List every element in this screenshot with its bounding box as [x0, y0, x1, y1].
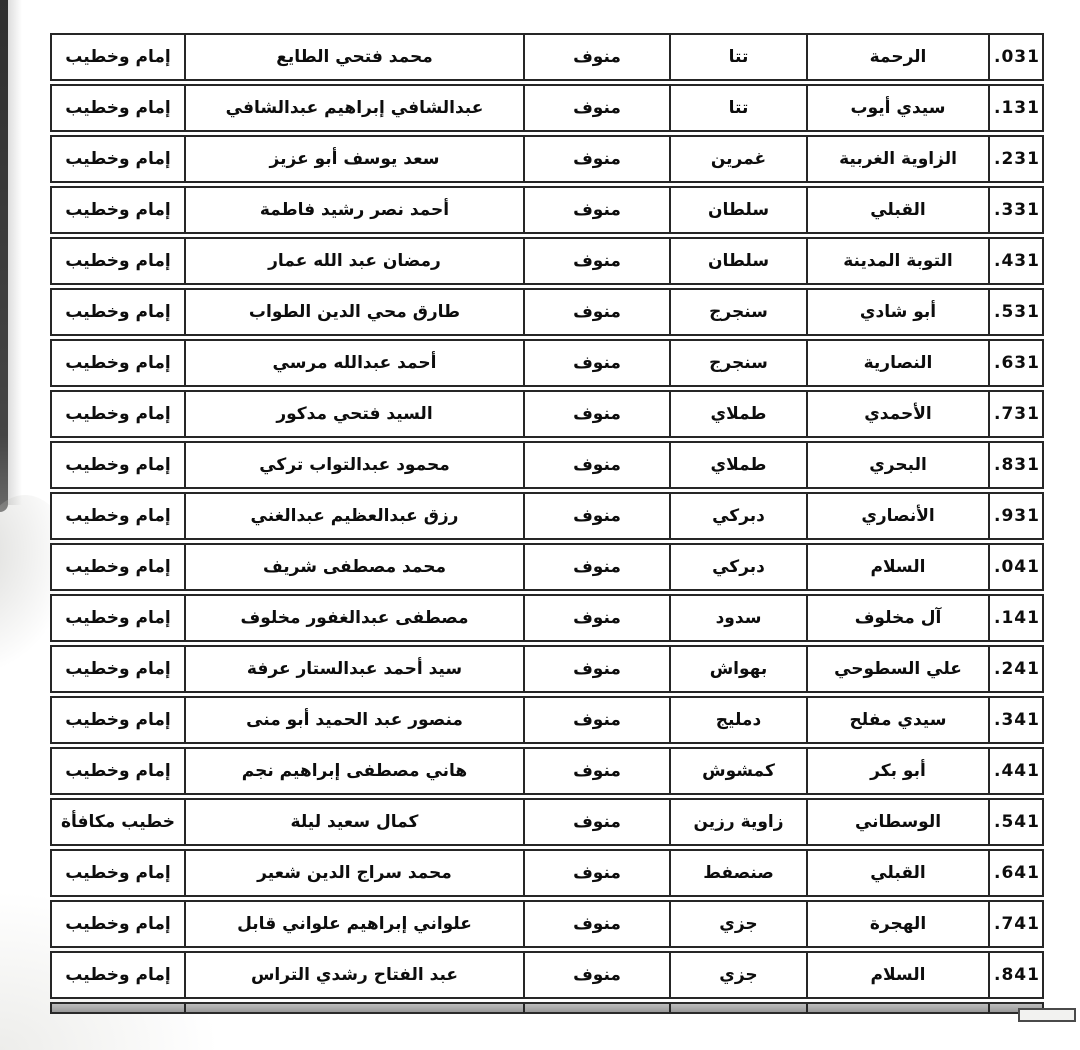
job-title-cell: إمام وخطيب	[50, 390, 184, 438]
row-number-cell: .231	[988, 135, 1044, 183]
job-title-cell: إمام وخطيب	[50, 237, 184, 285]
job-title-cell: إمام وخطيب	[50, 900, 184, 948]
job-title-cell: إمام وخطيب	[50, 186, 184, 234]
imam-name-cell: محمد فتحي الطايع	[184, 33, 523, 81]
job-title-cell: إمام وخطيب	[50, 288, 184, 336]
imam-name-cell: السيد فتحي مدكور	[184, 390, 523, 438]
imam-name-cell: محمد سراج الدين شعير	[184, 849, 523, 897]
imam-name-cell: طارق محي الدين الطواب	[184, 288, 523, 336]
village-cell: زاوية رزين	[669, 798, 806, 846]
city-cell: منوف	[523, 900, 669, 948]
village-cell: جزي	[669, 900, 806, 948]
village-cell: سلطان	[669, 237, 806, 285]
mosque-name-cell: الأنصاري	[806, 492, 988, 540]
village-cell: دبركي	[669, 492, 806, 540]
mosque-name-cell: علي السطوحي	[806, 645, 988, 693]
row-number-cell: .641	[988, 849, 1044, 897]
row-number-cell: .631	[988, 339, 1044, 387]
row-number-cell: .531	[988, 288, 1044, 336]
village-cell: دبركي	[669, 543, 806, 591]
partial-cell	[50, 1002, 184, 1014]
city-cell: منوف	[523, 186, 669, 234]
village-cell: تتا	[669, 84, 806, 132]
mosque-name-cell: أبو بكر	[806, 747, 988, 795]
city-cell: منوف	[523, 441, 669, 489]
village-cell: جزي	[669, 951, 806, 999]
mosque-name-cell: الوسطاني	[806, 798, 988, 846]
table-row: .331 القبلي سلطان منوف أحمد نصر رشيد فاط…	[50, 186, 1044, 234]
partial-row-sliver	[50, 1002, 1044, 1014]
mosque-name-cell: التوبة المدينة	[806, 237, 988, 285]
row-number-cell: .831	[988, 441, 1044, 489]
row-number-cell: .441	[988, 747, 1044, 795]
table-row: .541 الوسطاني زاوية رزين منوف كمال سعيد …	[50, 798, 1044, 846]
city-cell: منوف	[523, 237, 669, 285]
city-cell: منوف	[523, 339, 669, 387]
mosque-name-cell: القبلي	[806, 186, 988, 234]
city-cell: منوف	[523, 798, 669, 846]
imam-name-cell: سعد يوسف أبو عزيز	[184, 135, 523, 183]
job-title-cell: خطيب مكافأة	[50, 798, 184, 846]
table-row: .131 سيدي أيوب تتا منوف عبدالشافي إبراهي…	[50, 84, 1044, 132]
partial-cell	[669, 1002, 806, 1014]
village-cell: سدود	[669, 594, 806, 642]
row-number-cell: .741	[988, 900, 1044, 948]
job-title-cell: إمام وخطيب	[50, 543, 184, 591]
city-cell: منوف	[523, 594, 669, 642]
table-row: .141 آل مخلوف سدود منوف مصطفى عبدالغفور …	[50, 594, 1044, 642]
imam-name-cell: مصطفى عبدالغفور مخلوف	[184, 594, 523, 642]
imam-name-cell: سيد أحمد عبدالستار عرفة	[184, 645, 523, 693]
city-cell: منوف	[523, 390, 669, 438]
city-cell: منوف	[523, 747, 669, 795]
partial-row	[50, 1002, 1044, 1014]
row-number-cell: .141	[988, 594, 1044, 642]
job-title-cell: إمام وخطيب	[50, 849, 184, 897]
table-row: .631 النصارية سنجرج منوف أحمد عبدالله مر…	[50, 339, 1044, 387]
job-title-cell: إمام وخطيب	[50, 594, 184, 642]
table-row: .241 علي السطوحي بهواش منوف سيد أحمد عبد…	[50, 645, 1044, 693]
imam-name-cell: محمد مصطفى شريف	[184, 543, 523, 591]
imam-name-cell: أحمد نصر رشيد فاطمة	[184, 186, 523, 234]
imam-name-cell: عبدالشافي إبراهيم عبدالشافي	[184, 84, 523, 132]
city-cell: منوف	[523, 135, 669, 183]
mosque-name-cell: السلام	[806, 543, 988, 591]
city-cell: منوف	[523, 492, 669, 540]
partial-cell	[806, 1002, 988, 1014]
job-title-cell: إمام وخطيب	[50, 492, 184, 540]
scan-edge-shadow	[8, 0, 22, 505]
mosque-name-cell: سيدي مفلح	[806, 696, 988, 744]
village-cell: طملاي	[669, 390, 806, 438]
row-number-cell: .931	[988, 492, 1044, 540]
imam-name-cell: عبد الفتاح رشدي التراس	[184, 951, 523, 999]
city-cell: منوف	[523, 84, 669, 132]
table-row: .441 أبو بكر كمشوش منوف هاني مصطفى إبراه…	[50, 747, 1044, 795]
imam-name-cell: كمال سعيد ليلة	[184, 798, 523, 846]
table-row: .341 سيدي مفلح دمليج منوف منصور عبد الحم…	[50, 696, 1044, 744]
table-row: .831 البحري طملاي منوف محمود عبدالتواب ت…	[50, 441, 1044, 489]
job-title-cell: إمام وخطيب	[50, 747, 184, 795]
imam-name-cell: رزق عبدالعظيم عبدالغني	[184, 492, 523, 540]
job-title-cell: إمام وخطيب	[50, 441, 184, 489]
mosque-name-cell: السلام	[806, 951, 988, 999]
row-number-cell: .331	[988, 186, 1044, 234]
partial-row-right-tab	[1018, 1008, 1076, 1022]
imam-name-cell: منصور عبد الحميد أبو منى	[184, 696, 523, 744]
partial-cell	[184, 1002, 523, 1014]
table-row: .231 الزاوية الغربية غمرين منوف سعد يوسف…	[50, 135, 1044, 183]
village-cell: سنجرج	[669, 339, 806, 387]
job-title-cell: إمام وخطيب	[50, 645, 184, 693]
city-cell: منوف	[523, 543, 669, 591]
job-title-cell: إمام وخطيب	[50, 84, 184, 132]
row-number-cell: .131	[988, 84, 1044, 132]
village-cell: سلطان	[669, 186, 806, 234]
city-cell: منوف	[523, 645, 669, 693]
city-cell: منوف	[523, 951, 669, 999]
village-cell: صنصفط	[669, 849, 806, 897]
city-cell: منوف	[523, 849, 669, 897]
row-number-cell: .841	[988, 951, 1044, 999]
village-cell: غمرين	[669, 135, 806, 183]
mosque-name-cell: الزاوية الغربية	[806, 135, 988, 183]
table-row: .031 الرحمة تتا منوف محمد فتحي الطايع إم…	[50, 33, 1044, 81]
register-table: .031 الرحمة تتا منوف محمد فتحي الطايع إم…	[50, 30, 1044, 1017]
job-title-cell: إمام وخطيب	[50, 33, 184, 81]
city-cell: منوف	[523, 696, 669, 744]
row-number-cell: .031	[988, 33, 1044, 81]
table-row: .531 أبو شادي سنجرج منوف طارق محي الدين …	[50, 288, 1044, 336]
job-title-cell: إمام وخطيب	[50, 135, 184, 183]
village-cell: سنجرج	[669, 288, 806, 336]
mosque-name-cell: الأحمدي	[806, 390, 988, 438]
imam-name-cell: أحمد عبدالله مرسي	[184, 339, 523, 387]
partial-cell	[523, 1002, 669, 1014]
register-table-wrap: .031 الرحمة تتا منوف محمد فتحي الطايع إم…	[50, 30, 1044, 1017]
village-cell: تتا	[669, 33, 806, 81]
mosque-name-cell: القبلي	[806, 849, 988, 897]
imam-name-cell: هاني مصطفى إبراهيم نجم	[184, 747, 523, 795]
table-row: .041 السلام دبركي منوف محمد مصطفى شريف إ…	[50, 543, 1044, 591]
table-row: .431 التوبة المدينة سلطان منوف رمضان عبد…	[50, 237, 1044, 285]
row-number-cell: .541	[988, 798, 1044, 846]
row-number-cell: .241	[988, 645, 1044, 693]
city-cell: منوف	[523, 288, 669, 336]
village-cell: دمليج	[669, 696, 806, 744]
mosque-name-cell: الرحمة	[806, 33, 988, 81]
imam-name-cell: علواني إبراهيم علواني قابل	[184, 900, 523, 948]
table-row: .841 السلام جزي منوف عبد الفتاح رشدي الت…	[50, 951, 1044, 999]
row-number-cell: .431	[988, 237, 1044, 285]
table-row: .731 الأحمدي طملاي منوف السيد فتحي مدكور…	[50, 390, 1044, 438]
mosque-name-cell: الهجرة	[806, 900, 988, 948]
row-number-cell: .731	[988, 390, 1044, 438]
village-cell: بهواش	[669, 645, 806, 693]
imam-name-cell: رمضان عبد الله عمار	[184, 237, 523, 285]
row-number-cell: .341	[988, 696, 1044, 744]
mosque-name-cell: أبو شادي	[806, 288, 988, 336]
mosque-name-cell: سيدي أيوب	[806, 84, 988, 132]
scan-edge-strip	[0, 0, 8, 512]
city-cell: منوف	[523, 33, 669, 81]
job-title-cell: إمام وخطيب	[50, 951, 184, 999]
imam-name-cell: محمود عبدالتواب تركي	[184, 441, 523, 489]
mosque-name-cell: البحري	[806, 441, 988, 489]
table-row: .641 القبلي صنصفط منوف محمد سراج الدين ش…	[50, 849, 1044, 897]
village-cell: طملاي	[669, 441, 806, 489]
job-title-cell: إمام وخطيب	[50, 696, 184, 744]
table-row: .741 الهجرة جزي منوف علواني إبراهيم علوا…	[50, 900, 1044, 948]
table-body: .031 الرحمة تتا منوف محمد فتحي الطايع إم…	[50, 33, 1044, 999]
row-number-cell: .041	[988, 543, 1044, 591]
mosque-name-cell: آل مخلوف	[806, 594, 988, 642]
scanned-page: .031 الرحمة تتا منوف محمد فتحي الطايع إم…	[0, 0, 1080, 1050]
table-row: .931 الأنصاري دبركي منوف رزق عبدالعظيم ع…	[50, 492, 1044, 540]
mosque-name-cell: النصارية	[806, 339, 988, 387]
village-cell: كمشوش	[669, 747, 806, 795]
job-title-cell: إمام وخطيب	[50, 339, 184, 387]
